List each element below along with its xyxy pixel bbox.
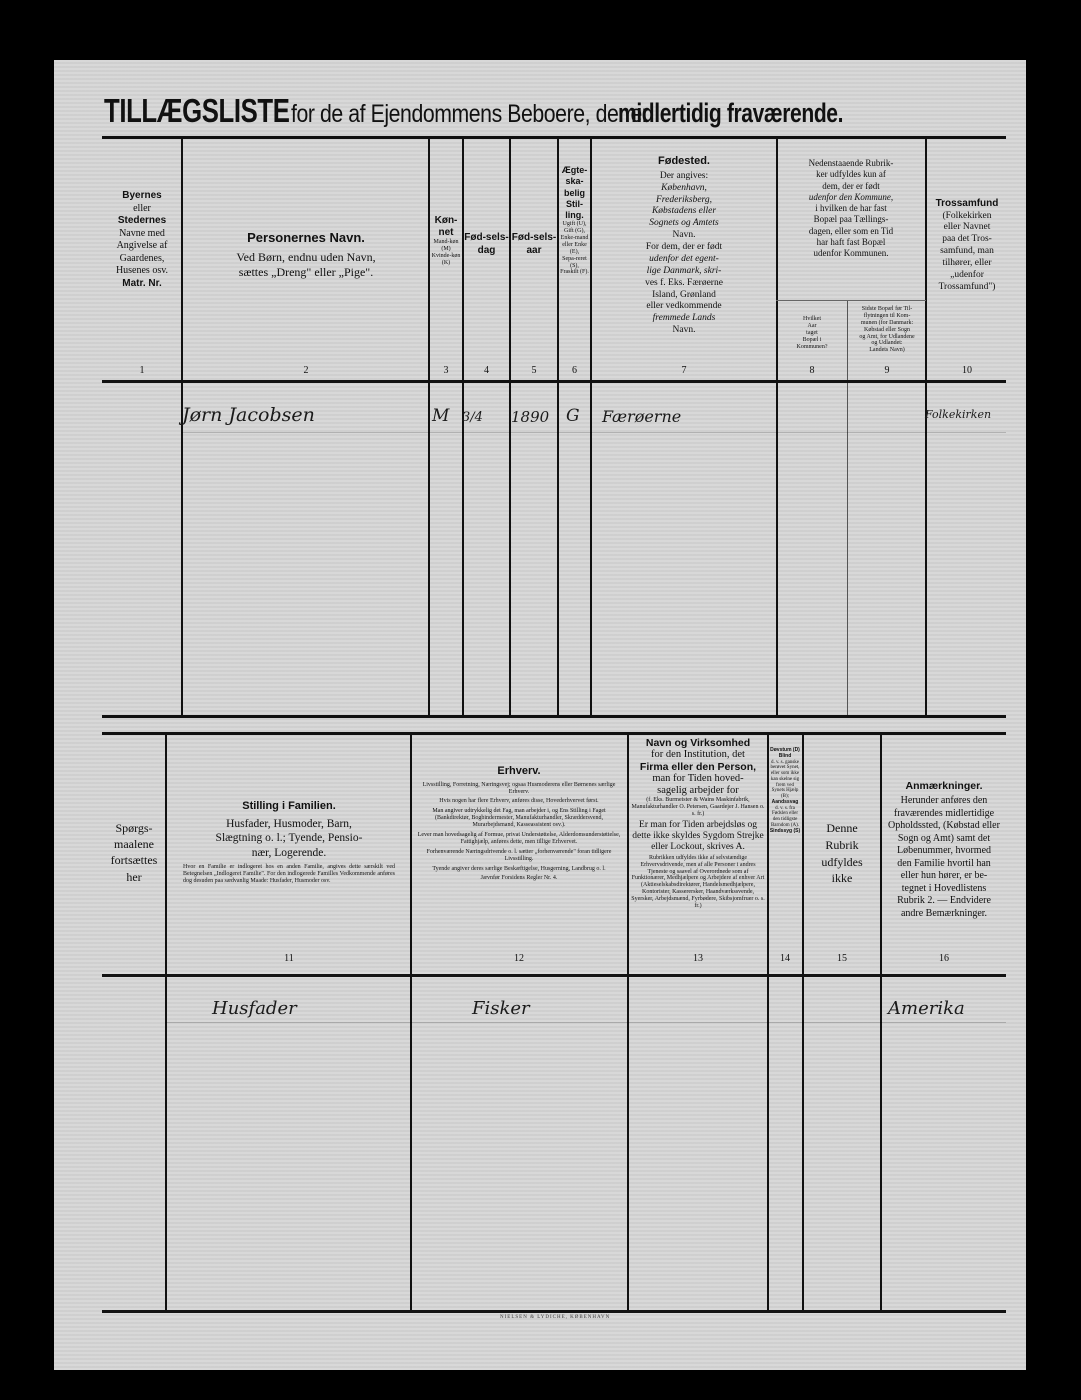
- header-line: (Folkekirken: [927, 211, 1007, 223]
- header-line: dem, der er født: [778, 181, 924, 192]
- title-bold-end: midlertidig fraværende.: [618, 98, 843, 129]
- header-line: Bopæl i: [778, 337, 846, 344]
- col-divider: [181, 137, 183, 715]
- header-bottom-rule: [102, 380, 1006, 383]
- header-line: Sognets og Amtets: [649, 218, 719, 228]
- header-col-5: Fød-sels-aar: [511, 232, 557, 257]
- header-line: Sepa-reret (S),: [559, 256, 590, 270]
- header-line: dagen, eller som en Tid: [778, 226, 924, 237]
- header-line: ker udfyldes kun af: [778, 169, 924, 180]
- header-line: udenfor Kommunen.: [778, 248, 924, 259]
- section-divider-top: [102, 715, 1006, 718]
- header-line: Hvilket: [778, 316, 846, 323]
- header-continue-note: Spørgs- maalene fortsættes her: [104, 820, 164, 885]
- header-line: Angivelse af: [104, 240, 180, 253]
- header-line: Slægtning o. l.; Tyende, Pensio-: [169, 831, 409, 845]
- cell-sex: M: [432, 406, 449, 426]
- header-line: taget: [778, 330, 846, 337]
- col-num: 4: [464, 365, 509, 376]
- col-divider: [410, 734, 412, 1312]
- header-line: for den Institution, det: [631, 749, 765, 761]
- col-divider: [590, 137, 592, 715]
- header-bottom-rule: [102, 974, 1006, 977]
- header-line: Island, Grønland: [594, 290, 774, 302]
- header-line: fremmede Lands: [653, 313, 716, 323]
- header-line: Husfader, Husmoder, Barn,: [169, 817, 409, 831]
- header-line: Ved Børn, endnu uden Navn,: [184, 250, 428, 265]
- row-rule: [165, 1022, 1006, 1023]
- header-note: Rubrikken udfyldes ikke af selvstændige …: [631, 855, 765, 910]
- header-line: Gift (G),: [559, 228, 590, 235]
- header-col-11: Stilling i Familien. Husfader, Husmoder,…: [169, 800, 409, 885]
- col-num: 16: [884, 953, 1004, 964]
- header-line: lige Danmark, skri-: [647, 266, 722, 276]
- header-line: Købstadens eller: [652, 206, 716, 216]
- header-unemployed-note: Er man for Tiden arbejdsløs og dette ikk…: [631, 820, 765, 853]
- header-paragraph: Tyende angiver deres særlige Beskæftigel…: [416, 866, 622, 873]
- header-line: Matr. Nr.: [104, 278, 180, 291]
- header-col-8: Hvilket Aar taget Bopæl i Kommunen?: [778, 316, 846, 350]
- header-line: Gaardenes,: [104, 253, 180, 266]
- header-line: Enke-mand eller Enke (E),: [559, 235, 590, 256]
- header-col-2-title: Personernes Navn.: [184, 230, 428, 246]
- header-line: tegnet i Hovedlistens: [884, 883, 1004, 896]
- col-num: 2: [184, 365, 428, 376]
- cell-remarks: Amerika: [888, 998, 965, 1019]
- header-line: Sindssyg (S): [769, 829, 801, 835]
- header-line: Stedernes: [104, 215, 180, 228]
- row-rule: [181, 432, 1006, 433]
- header-paragraph: Livsstilling, Forretning, Næringsvej; og…: [416, 782, 622, 796]
- header-col-7-title: Fødested.: [594, 155, 774, 169]
- header-col-4-title: Fød-sels-dag: [464, 232, 509, 257]
- header-line: Løbenummer, hvormed: [884, 845, 1004, 858]
- header-line: Husenes osv.: [104, 265, 180, 278]
- subheader-rule: [776, 300, 926, 301]
- cell-marital-status: G: [566, 406, 580, 426]
- cell-birth-year: 1890: [511, 408, 549, 426]
- header-line: andre Bemærkninger.: [884, 908, 1004, 921]
- col-divider-sub: [847, 300, 848, 715]
- header-line: d. v. s. ganske berøvet Synet, eller som…: [769, 760, 801, 800]
- header-col-1-title: Byernes: [104, 190, 180, 203]
- header-line: Der angives:: [594, 171, 774, 183]
- header-col-3-title: Køn-net: [430, 215, 462, 239]
- form-title: TILLÆGSLISTE for de af Ejendommens Beboe…: [104, 92, 1004, 130]
- header-line: Frederiksberg,: [656, 195, 712, 205]
- header-col-13: Navn og Virksomhed for den Institution, …: [631, 737, 765, 910]
- col-divider: [165, 734, 167, 1312]
- cell-faith: Folkekirken: [925, 408, 991, 421]
- header-line: Landets Navn): [849, 347, 925, 354]
- header-line: udenfor det egent-: [649, 254, 719, 264]
- header-line: d. v. s. fra Fødslen eller den tidligste…: [769, 806, 801, 829]
- title-middle: for de af Ejendommens Beboere, der er: [291, 100, 649, 129]
- col-num: 13: [631, 953, 765, 964]
- header-col-10: Trossamfund (Folkekirken eller Navnet pa…: [927, 198, 1007, 294]
- header-line: ves f. Eks. Færøerne: [594, 278, 774, 290]
- header-line: Kommunen?: [778, 344, 846, 351]
- col-num: 7: [594, 365, 774, 376]
- header-line: Aar: [778, 323, 846, 330]
- header-line: Navn.: [594, 230, 774, 242]
- header-line: i hvilken de har fast: [778, 203, 924, 214]
- header-line: tilhører, eller: [927, 258, 1007, 270]
- cell-person-name: Jørn Jacobsen: [182, 404, 315, 426]
- header-line: Herunder anføres den: [884, 795, 1004, 808]
- header-line: København,: [661, 183, 707, 193]
- header-line: eller vedkommende: [594, 301, 774, 313]
- header-col-1: Byernes eller Stedernes Navne med Angive…: [104, 190, 180, 290]
- header-col-5-title: Fød-sels-aar: [511, 232, 557, 257]
- header-line: eller: [104, 203, 180, 216]
- header-paragraph: Forhenværende Næringsdrivende o. l. sætt…: [416, 849, 622, 863]
- header-col-12-title: Erhverv.: [416, 765, 622, 778]
- header-line: Denne: [804, 820, 880, 837]
- header-line: Købstad eller Sogn: [849, 327, 925, 334]
- header-line: Kvinde-køn (K): [430, 253, 462, 267]
- header-line: munen (for Danmark:: [849, 320, 925, 327]
- census-form-sheet: TILLÆGSLISTE for de af Ejendommens Beboe…: [54, 60, 1026, 1370]
- header-line: nær, Logerende.: [169, 846, 409, 860]
- header-line: man for Tiden hoved-: [631, 773, 765, 785]
- section-divider-bottom: [102, 732, 1006, 735]
- header-line: eller Navnet: [927, 222, 1007, 234]
- header-line: ikke: [804, 870, 880, 887]
- col-num: 14: [769, 953, 801, 964]
- col-num: 6: [559, 365, 590, 376]
- header-line: sagelig arbejder for: [631, 785, 765, 797]
- header-example: (f. Eks. Burmeister & Wains Maskinfabrik…: [631, 797, 765, 818]
- header-line: Fraskilt (F).: [559, 269, 590, 276]
- cell-birth-day: 3/4: [462, 410, 483, 425]
- header-line: maalene: [104, 836, 164, 852]
- header-line: Aandssvag: [769, 800, 801, 806]
- col-num: 9: [849, 365, 925, 376]
- col-num: 15: [804, 953, 880, 964]
- col-num: 5: [511, 365, 557, 376]
- header-col-10-title: Trossamfund: [927, 198, 1007, 211]
- printer-imprint: NIELSEN & LYDICHE, KØBENHAVN: [500, 1315, 610, 1320]
- header-line: udfyldes: [804, 854, 880, 871]
- col-divider: [462, 137, 464, 715]
- header-col-7: Fødested. Der angives: København, Freder…: [594, 155, 774, 337]
- header-line: Spørgs-: [104, 820, 164, 836]
- header-line: fortsættes: [104, 852, 164, 868]
- header-line: eller hun hører, er be-: [884, 870, 1004, 883]
- header-line: sættes „Dreng" eller „Pige".: [184, 265, 428, 280]
- header-line: Firma eller den Person,: [631, 761, 765, 773]
- header-paragraph: Man angiver udtrykkelig det Fag, man arb…: [416, 808, 622, 829]
- header-line: Nedenstaaende Rubrik-: [778, 158, 924, 169]
- col-divider: [509, 137, 511, 715]
- col-num: 11: [169, 953, 409, 964]
- header-col-3: Køn-net Mand-køn (M) Kvinde-køn (K): [430, 215, 462, 267]
- header-col-8-9-group: Nedenstaaende Rubrik- ker udfyldes kun a…: [778, 158, 924, 259]
- header-line: Navne med: [104, 228, 180, 241]
- header-line: Bopæl paa Tællings-: [778, 214, 924, 225]
- cell-birthplace: Færøerne: [602, 407, 681, 426]
- header-line: flytningen til Kom-: [849, 313, 925, 320]
- header-col-9: Sidste Bopæl før Til- flytningen til Kom…: [849, 306, 925, 354]
- header-col-14: Døvstum (D) Blind d. v. s. ganske berøve…: [769, 748, 801, 834]
- header-line: Rubrik: [804, 837, 880, 854]
- header-line: paa det Tros-: [927, 234, 1007, 246]
- header-line: udenfor den Kommune,: [809, 192, 893, 202]
- header-line: har haft fast Bopæl: [778, 237, 924, 248]
- header-paragraph: Jævnfør Forsidens Regler Nr. 4.: [416, 875, 622, 882]
- header-col-4: Fød-sels-dag: [464, 232, 509, 257]
- header-line: Opholdssted, (Købstad eller: [884, 820, 1004, 833]
- header-paragraph: Lever man hovedsagelig af Formue, privat…: [416, 832, 622, 846]
- col-num: 12: [416, 953, 622, 964]
- header-col-6-title: Ægte-ska-belig Stil-ling.: [559, 165, 590, 221]
- col-divider: [627, 734, 629, 1312]
- header-paragraph: Hvis nogen har flere Erhverv, anføres di…: [416, 798, 622, 805]
- header-line: her: [104, 869, 164, 885]
- top-rule: [102, 136, 1006, 139]
- header-line: Mand-køn (M): [430, 239, 462, 253]
- header-col-16: Anmærkninger. Herunder anføres den fravæ…: [884, 780, 1004, 920]
- header-col-11-title: Stilling i Familien.: [169, 800, 409, 814]
- title-bold-start: TILLÆGSLISTE: [104, 92, 290, 130]
- header-col-6: Ægte-ska-belig Stil-ling. Ugift (U), Gif…: [559, 165, 590, 276]
- col-num: 1: [104, 365, 180, 376]
- header-line: Trossamfund"): [927, 282, 1007, 294]
- header-col-12: Erhverv. Livsstilling, Forretning, Nærin…: [416, 765, 622, 882]
- header-line: Navn og Virksomhed: [631, 737, 765, 749]
- col-num: 8: [778, 365, 846, 376]
- bottom-rule: [102, 1310, 1006, 1313]
- cell-occupation: Fisker: [472, 998, 530, 1019]
- header-line: Navn.: [594, 325, 774, 337]
- header-col-16-title: Anmærkninger.: [884, 780, 1004, 793]
- header-line: Sogn og Amt) samt det: [884, 833, 1004, 846]
- header-line: fraværendes midlertidige: [884, 808, 1004, 821]
- header-note: Hvor en Familie er indlogeret hos en and…: [183, 864, 395, 885]
- col-divider: [880, 734, 882, 1312]
- header-col-2: Personernes Navn. Ved Børn, endnu uden N…: [184, 230, 428, 280]
- header-line: Rubrik 2. — Endvidere: [884, 895, 1004, 908]
- header-line: „udenfor: [927, 270, 1007, 282]
- header-line: Sidste Bopæl før Til-: [849, 306, 925, 313]
- header-line: den Familie hvortil han: [884, 858, 1004, 871]
- cell-family-position: Husfader: [212, 998, 297, 1019]
- col-num: 3: [430, 365, 462, 376]
- header-col-15: Denne Rubrik udfyldes ikke: [804, 820, 880, 887]
- header-line: og Amt, for Udlandene: [849, 334, 925, 341]
- col-num: 10: [927, 365, 1007, 376]
- header-line: For dem, der er født: [594, 242, 774, 254]
- header-line: samfund, man: [927, 246, 1007, 258]
